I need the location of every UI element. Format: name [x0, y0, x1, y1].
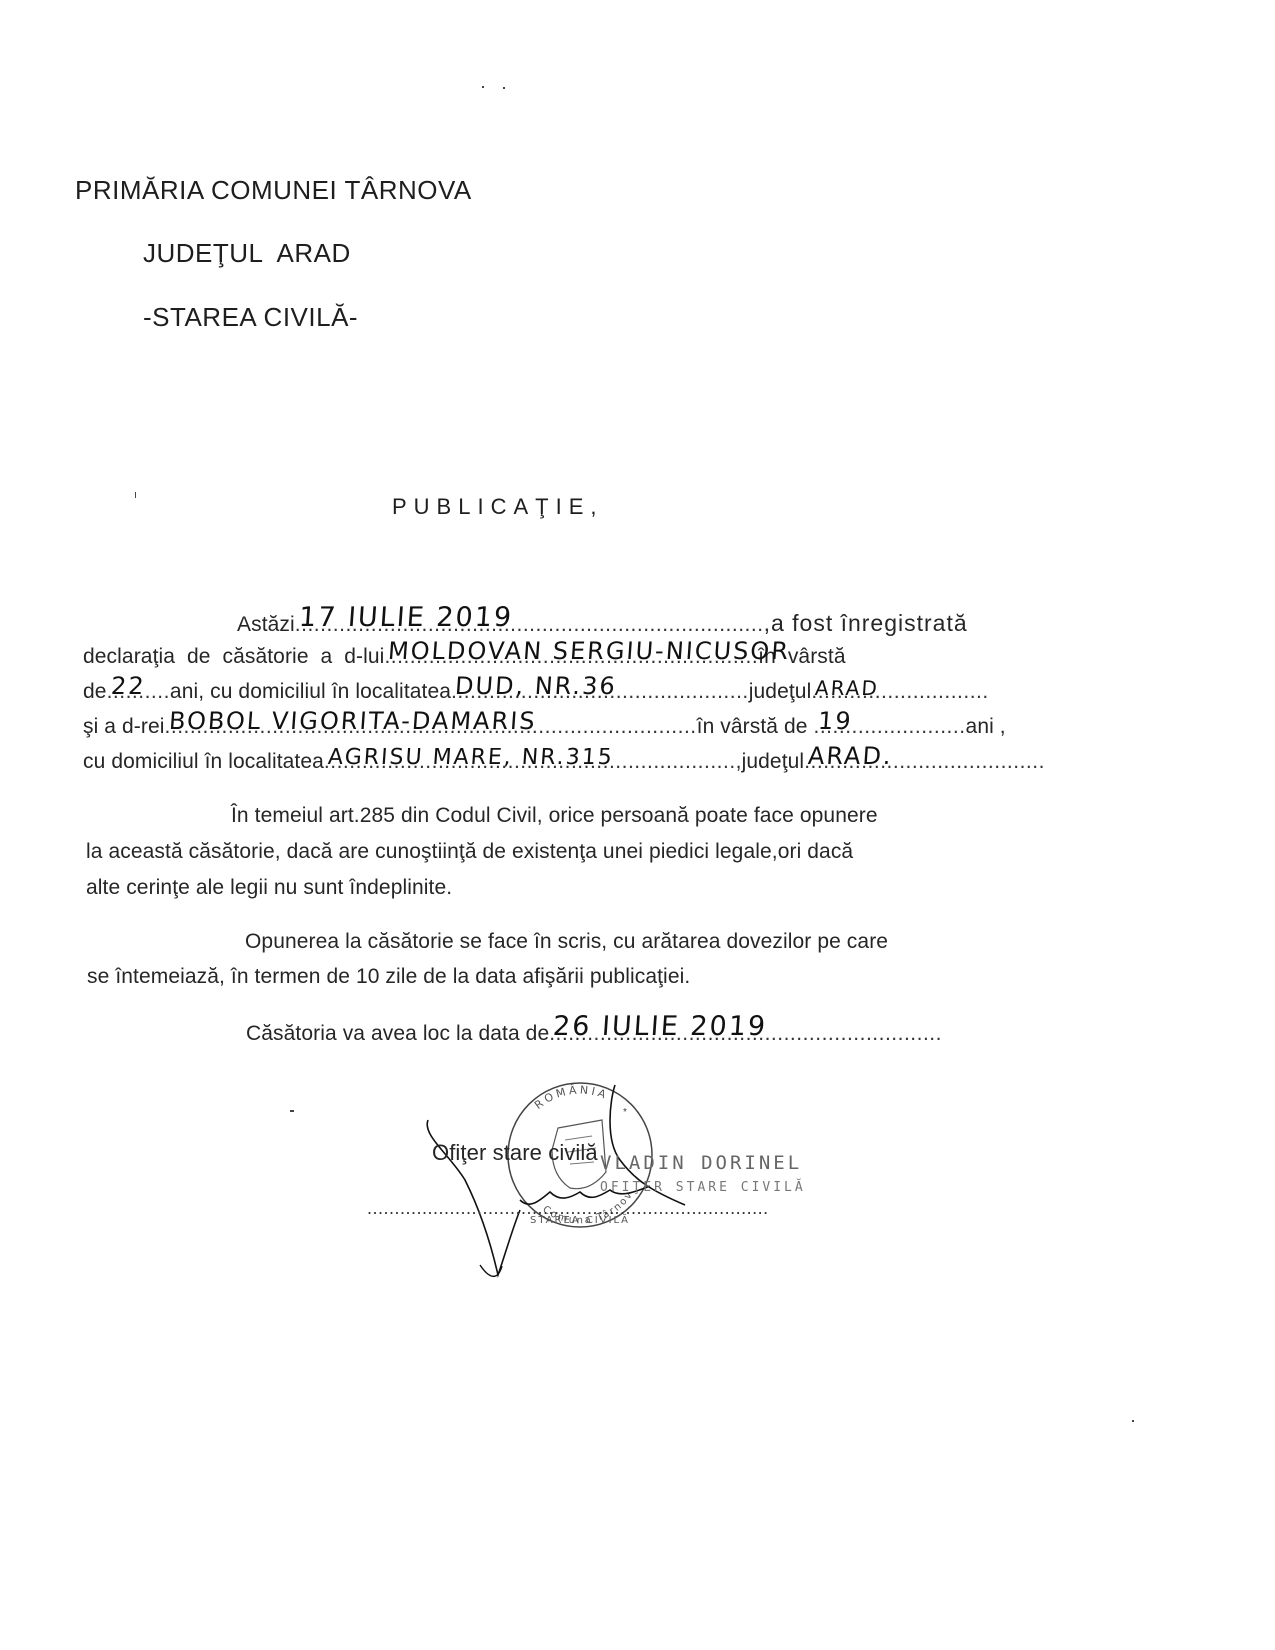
declaration-line-3: de..........22ani, cu domiciliul în loca… — [83, 680, 989, 704]
label-bride-domicile: cu domiciliul în localitatea — [83, 750, 324, 773]
label-years: ani , — [966, 715, 1006, 738]
legal-notice-line-3: alte cerinţe ale legii nu sunt îndeplini… — [86, 876, 452, 900]
groom-county-field[interactable]: ............................ARAD — [811, 680, 988, 704]
county-name: JUDEŢUL ARAD — [143, 238, 351, 269]
bride-locality-field[interactable]: ........................................… — [324, 750, 736, 774]
bride-age-field[interactable]: ........................19 — [814, 715, 966, 739]
label-and-miss: şi a d-rei — [83, 715, 165, 738]
wedding-date-field[interactable]: ........................................… — [549, 1022, 942, 1046]
declaration-line-5: cu domiciliul în localitatea............… — [83, 750, 1045, 774]
svg-text:*: * — [623, 1107, 627, 1118]
bride-county-value: ARAD. — [807, 742, 894, 770]
wedding-date-line: Căsătoria va avea loc la data de........… — [246, 1022, 942, 1046]
stamp-top-text: ROMÂNIA — [532, 1083, 610, 1112]
label-county: judeţul — [749, 680, 812, 703]
scan-speck — [1132, 1420, 1134, 1422]
label-domicile: ani, cu domiciliul în localitatea — [170, 680, 451, 703]
label-declaration: declaraţia de căsătorie a d-lui — [83, 645, 384, 668]
signature-label: Ofiţer stare civilă — [432, 1140, 598, 1166]
opposition-notice-line-1: Opunerea la căsătorie se face în scris, … — [245, 930, 888, 954]
bride-name-value: BOBOL VIGORITA-DAMARIS — [168, 707, 538, 735]
scan-speck — [290, 1110, 294, 1112]
wedding-date-value: 26 IULIE 2019 — [552, 1011, 768, 1042]
document-title: PUBLICAŢIE, — [392, 494, 603, 520]
legal-notice-line-1: În temeiul art.285 din Codul Civil, oric… — [231, 804, 878, 828]
scan-speck — [135, 492, 136, 498]
institution-name: PRIMĂRIA COMUNEI TÂRNOVA — [75, 175, 472, 206]
groom-locality-field[interactable]: ........................................… — [451, 680, 749, 704]
label-bride-county: ,judeţul — [736, 750, 805, 773]
groom-locality-value: DUD, NR.36 — [454, 672, 618, 700]
opposition-notice-line-2: se întemeiază, în termen de 10 zile de l… — [87, 965, 690, 989]
groom-name-field[interactable]: ........................................… — [384, 645, 758, 669]
bride-locality-value: AGRISU MARE, NR.315 — [327, 745, 614, 770]
registration-date-value: 17 IULIE 2019 — [298, 602, 514, 633]
bride-name-field[interactable]: ........................................… — [165, 715, 697, 739]
svg-text:ROMÂNIA: ROMÂNIA — [532, 1083, 610, 1112]
groom-age-value: 22 — [110, 672, 147, 700]
groom-age-field[interactable]: ..........22 — [107, 680, 170, 704]
label-bride-age: în vârstă de — [697, 715, 808, 738]
department-name: -STAREA CIVILĂ- — [143, 302, 358, 333]
declaration-line-4: şi a d-rei..............................… — [83, 715, 1006, 739]
label-astazi: Astăzi — [237, 613, 295, 636]
declaration-line-2: declaraţia de căsătorie a d-lui.........… — [83, 645, 846, 669]
label-registered: ,a fost înregistrată — [764, 610, 968, 636]
label-wedding-date: Căsătoria va avea loc la data de — [246, 1022, 549, 1045]
officer-role-stamp: OFIŢER STARE CIVILĂ — [600, 1180, 806, 1195]
declaration-line-1: Astăzi..................................… — [237, 610, 968, 637]
officer-name-stamp: VLADIN DORINEL — [600, 1152, 802, 1174]
groom-county-value: ARAD — [815, 676, 881, 700]
registration-date-field[interactable]: ........................................… — [295, 613, 764, 637]
groom-name-value: MOLDOVAN SERGIU-NICUSOR — [387, 637, 791, 665]
scan-speck — [503, 87, 505, 89]
signature-line[interactable]: ........................................… — [367, 1198, 769, 1219]
label-de: de — [83, 680, 107, 703]
bride-county-field[interactable]: ......................................AR… — [804, 750, 1045, 774]
scan-speck — [482, 86, 484, 88]
bride-age-value: 19 — [817, 707, 854, 735]
legal-notice-line-2: la această căsătorie, dacă are cunoştiin… — [86, 840, 853, 864]
